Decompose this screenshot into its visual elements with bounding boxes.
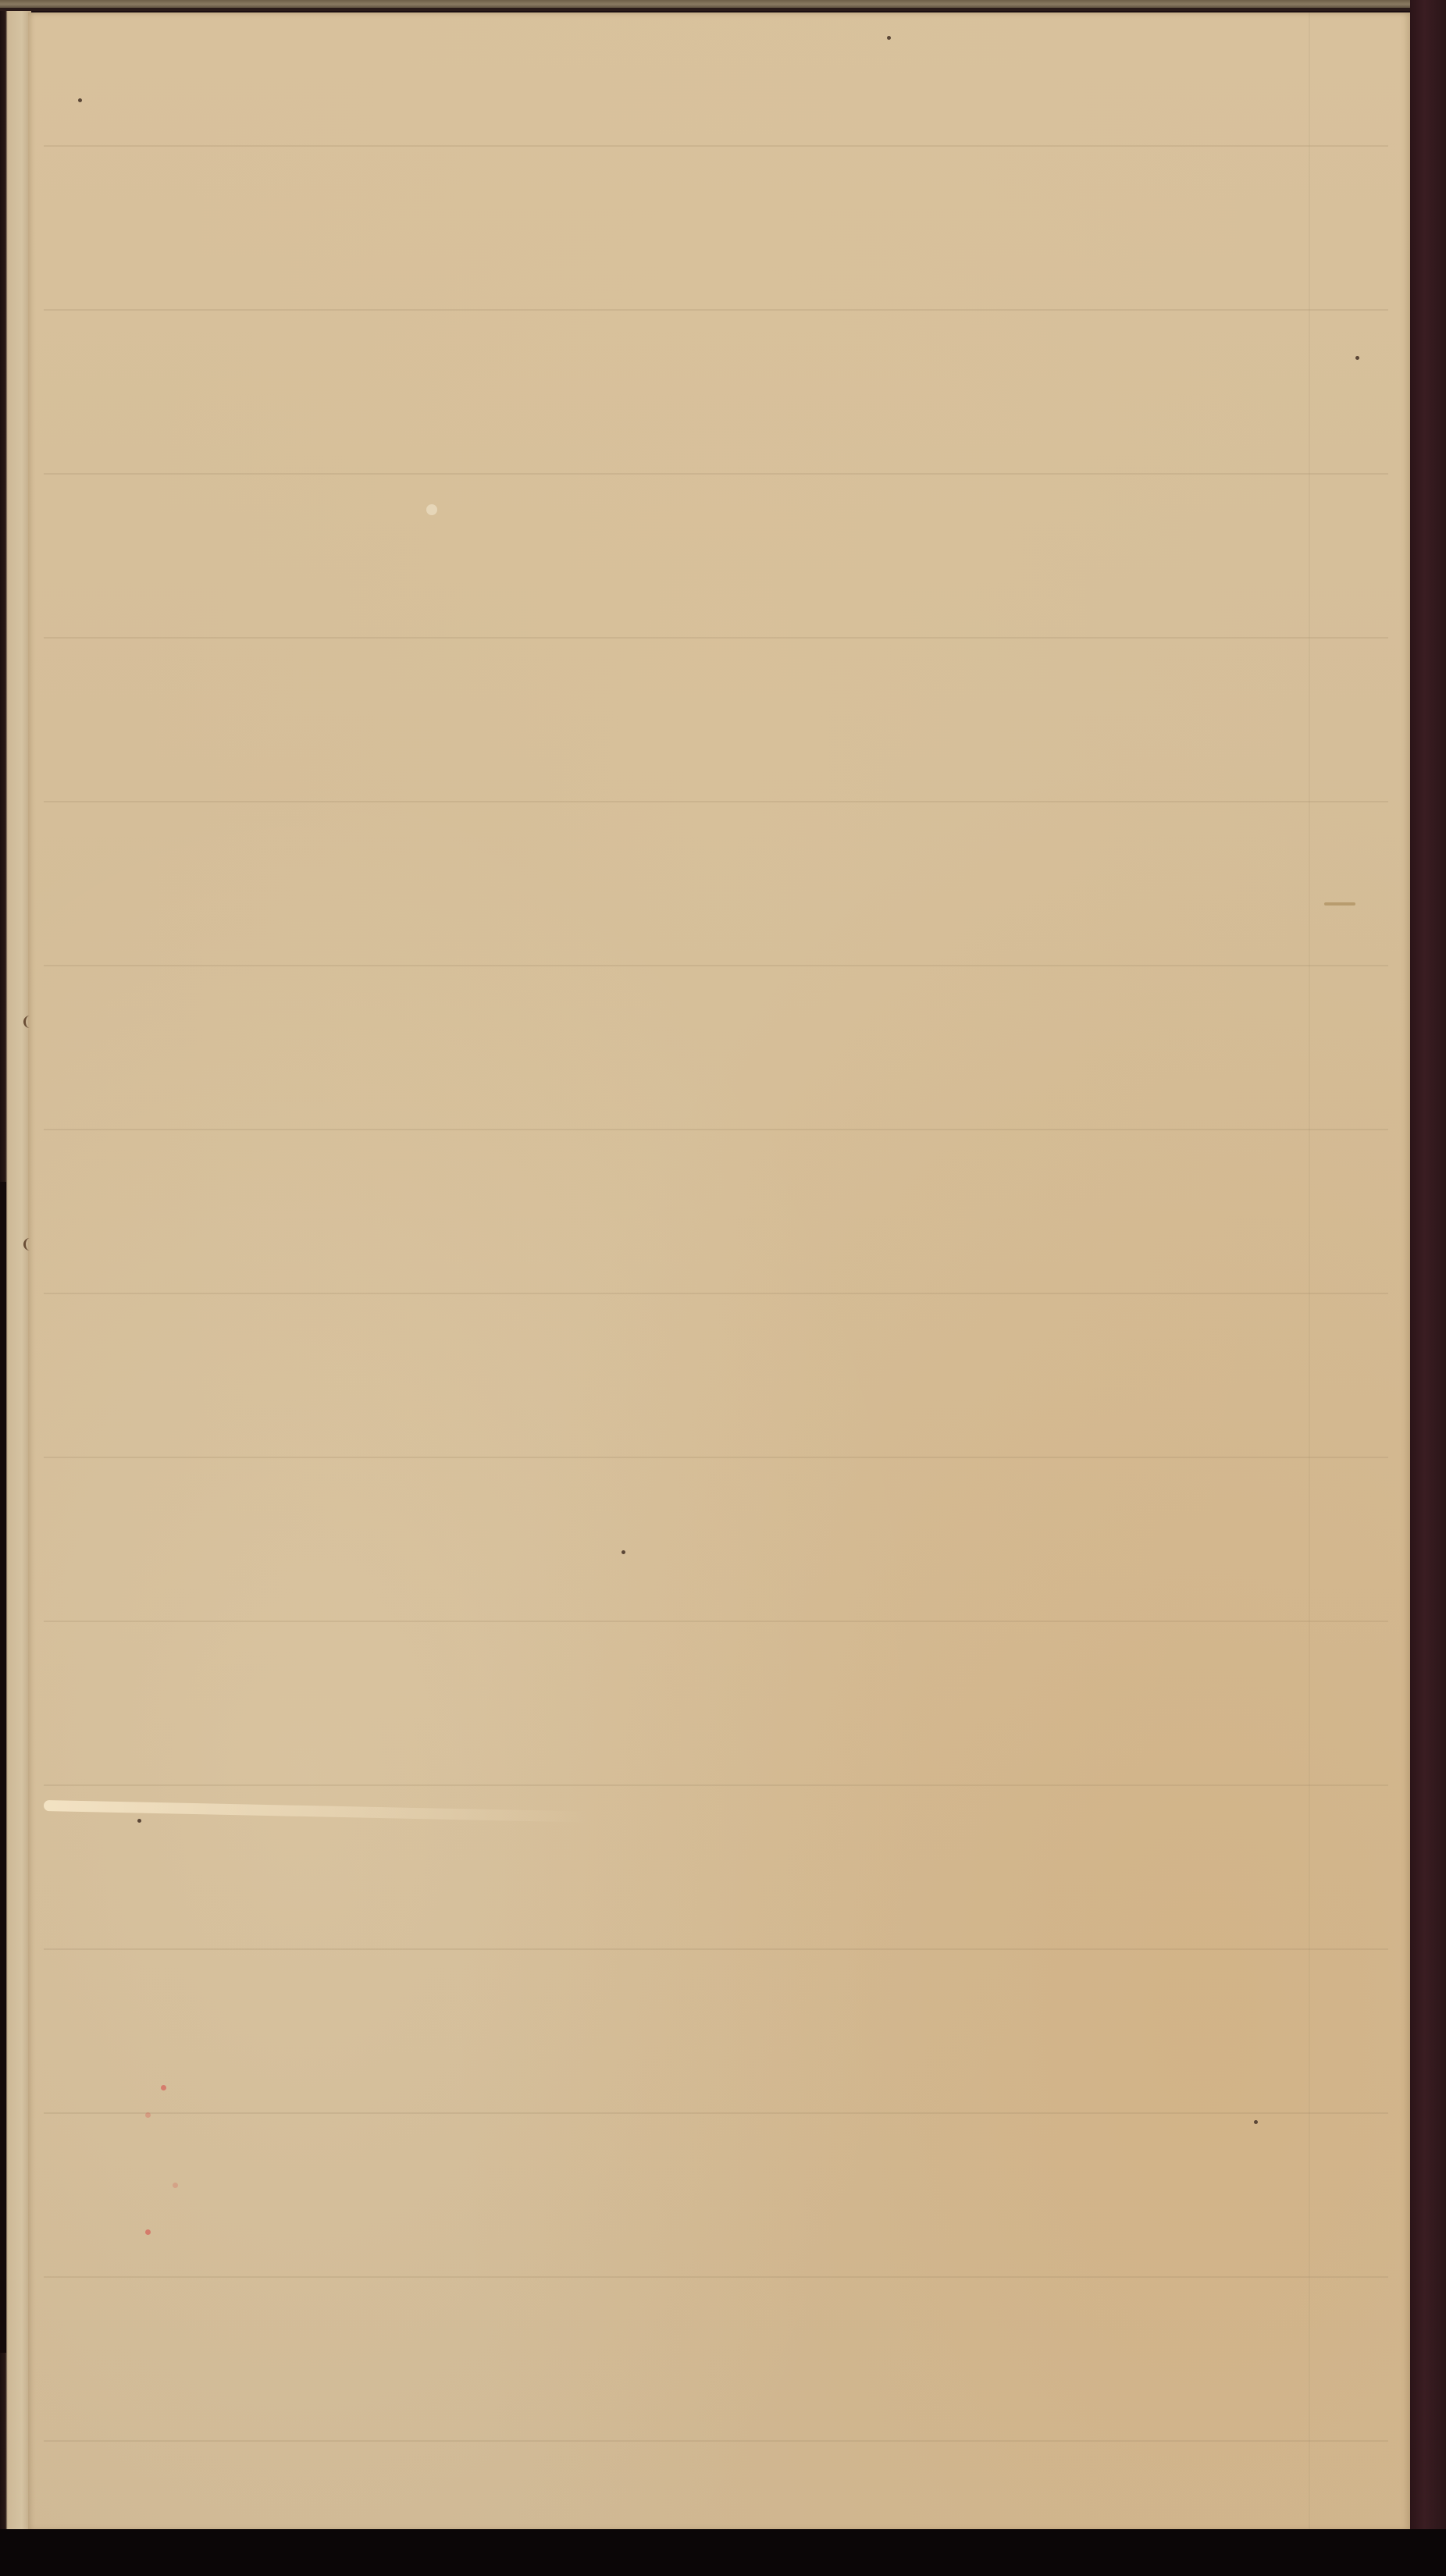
page-edge-nick bbox=[23, 1238, 34, 1251]
red-ink-mark bbox=[173, 2183, 178, 2188]
ruled-line bbox=[44, 1784, 1388, 1786]
blank-ledger-page bbox=[28, 12, 1412, 2531]
paper-crease bbox=[44, 1800, 590, 1823]
paper-speck bbox=[78, 98, 82, 102]
ruled-line bbox=[44, 473, 1388, 475]
page-edge-nick bbox=[23, 1016, 34, 1028]
book-binding-strip bbox=[0, 11, 31, 2540]
book-bottom-edge bbox=[0, 2529, 1446, 2576]
paper-speck bbox=[137, 1819, 141, 1823]
book-cover-right bbox=[1410, 0, 1446, 2576]
paper-speck bbox=[1254, 2120, 1258, 2124]
paper-speck bbox=[621, 1550, 625, 1554]
ruled-line bbox=[44, 145, 1388, 147]
book-top-edge bbox=[0, 0, 1446, 11]
column-rule bbox=[1309, 12, 1310, 2531]
ruled-line bbox=[44, 2440, 1388, 2442]
ruled-line bbox=[44, 1293, 1388, 1294]
paper-speck bbox=[887, 36, 891, 40]
ruled-line bbox=[44, 309, 1388, 311]
ruled-line bbox=[44, 1948, 1388, 1950]
paper-speck bbox=[1355, 356, 1359, 360]
binding-shadow bbox=[0, 1182, 6, 2353]
ruled-line bbox=[44, 1621, 1388, 1622]
ruled-line bbox=[44, 801, 1388, 802]
red-ink-mark bbox=[161, 2085, 166, 2090]
ruled-line bbox=[44, 1457, 1388, 1458]
red-ink-mark bbox=[145, 2112, 151, 2118]
paper-mark bbox=[1324, 902, 1355, 906]
ruled-line bbox=[44, 637, 1388, 639]
ruled-line bbox=[44, 2112, 1388, 2114]
ruled-line bbox=[44, 965, 1388, 966]
red-ink-mark bbox=[145, 2229, 151, 2235]
paper-blemish bbox=[426, 504, 437, 515]
ruled-line bbox=[44, 1129, 1388, 1130]
ruled-line bbox=[44, 2276, 1388, 2278]
